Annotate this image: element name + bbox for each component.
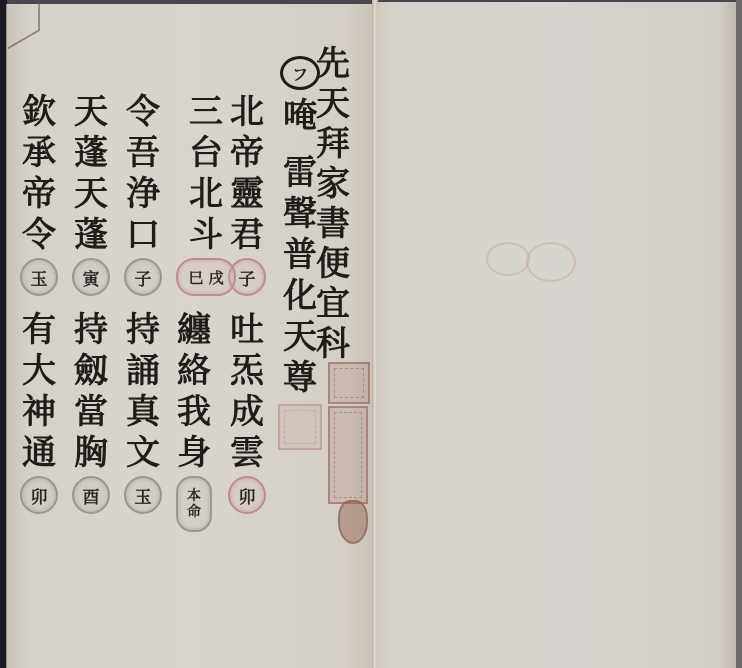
title-char: 科 — [316, 324, 350, 364]
text-char: 胸 — [74, 433, 108, 474]
text-char: 天 — [74, 92, 108, 133]
text-char: 欽 — [22, 92, 56, 133]
text-char: 唵 — [283, 96, 317, 137]
text-char: 絡 — [177, 351, 211, 392]
text-char: 浄 — [126, 174, 160, 215]
text-char: 蓬 — [74, 215, 108, 256]
verse-column-3-lower: 吐 炁 成 雲 卯 — [228, 310, 266, 514]
text-char: 天 — [283, 317, 317, 358]
text-char: 誦 — [126, 351, 160, 392]
text-char: 承 — [22, 133, 56, 174]
seal-stamp-tall — [328, 406, 368, 504]
manuscript-spread: 先 天 拜 家 書 便 宜 科 フ 唵 雷 聲 普 化 天 尊 北 帝 靈 君 … — [0, 0, 742, 668]
text-char: 持 — [74, 310, 108, 351]
text-char: 文 — [126, 433, 160, 474]
verse-column-5-upper: 令 吾 浄 口 子 — [124, 92, 162, 296]
verse-column-7-upper: 欽 承 帝 令 玉 — [20, 92, 58, 296]
text-char: 身 — [177, 433, 211, 474]
gray-circle-annotation: 本 命 — [176, 476, 212, 532]
text-char: 吐 — [230, 310, 264, 351]
verse-column-4-lower: 纏 絡 我 身 本 命 — [176, 310, 212, 532]
seal-stamp-faded — [278, 404, 322, 450]
title-char: 書 — [316, 204, 350, 244]
text-char: 成 — [230, 392, 264, 433]
seal-stamp-tail — [338, 500, 368, 544]
text-char: 帝 — [22, 174, 56, 215]
text-char: 蓬 — [74, 133, 108, 174]
red-circle-annotation: 卯 — [228, 476, 266, 514]
text-char: 通 — [22, 433, 56, 474]
gray-circle-annotation: 玉 — [124, 476, 162, 514]
bleed-stain — [486, 242, 530, 276]
text-char: 真 — [126, 392, 160, 433]
title-char: 拜 — [316, 124, 350, 164]
text-char: 三 — [189, 92, 223, 133]
text-char: 炁 — [230, 351, 264, 392]
text-char: 神 — [22, 392, 56, 433]
text-char: 吾 — [126, 133, 160, 174]
text-char: 有 — [22, 310, 56, 351]
text-char: 纏 — [177, 310, 211, 351]
text-char: 斗 — [189, 215, 223, 256]
text-char: 令 — [22, 215, 56, 256]
text-char: 台 — [189, 133, 223, 174]
right-page-blank — [376, 2, 736, 668]
text-char: 持 — [126, 310, 160, 351]
verse-column-6-lower: 持 劔 當 胸 酉 — [72, 310, 110, 514]
text-char: 北 — [189, 174, 223, 215]
text-char: 我 — [177, 392, 211, 433]
text-char: 當 — [74, 392, 108, 433]
gray-circle-annotation: 酉 — [72, 476, 110, 514]
circled-marker: フ — [280, 56, 320, 90]
annotation-char: 命 — [187, 504, 201, 520]
text-char: 化 — [283, 276, 317, 317]
gray-circle-annotation: 卯 — [20, 476, 58, 514]
right-edge — [736, 0, 742, 668]
text-char: 普 — [283, 235, 317, 276]
text-char: 尊 — [283, 358, 317, 399]
text-char: 口 — [126, 215, 160, 256]
annotation-char: 本 — [187, 488, 201, 504]
title-char: 便 — [316, 244, 350, 284]
text-char: 聲 — [283, 194, 317, 235]
invocation-column: フ 唵 雷 聲 普 化 天 尊 — [280, 50, 320, 399]
title-char: 天 — [316, 84, 350, 124]
text-char: 雲 — [230, 433, 264, 474]
gray-circle-annotation: 子 — [124, 258, 162, 296]
title-char: 宜 — [316, 284, 350, 324]
seal-stamp-square — [328, 362, 370, 404]
text-char: 令 — [126, 92, 160, 133]
text-char: 大 — [22, 351, 56, 392]
gray-circle-annotation: 玉 — [20, 258, 58, 296]
text-char: 雷 — [283, 153, 317, 194]
gray-circle-annotation: 寅 — [72, 258, 110, 296]
verse-column-7-lower: 有 大 神 通 卯 — [20, 310, 58, 514]
text-char: 天 — [74, 174, 108, 215]
verse-column-4-upper: 三 台 北 斗 巳 戌 — [176, 92, 236, 296]
text-char: 劔 — [74, 351, 108, 392]
bleed-stain — [526, 242, 576, 282]
title-column: 先 天 拜 家 書 便 宜 科 — [316, 44, 350, 364]
verse-column-5-lower: 持 誦 真 文 玉 — [124, 310, 162, 514]
title-char: 先 — [316, 44, 350, 84]
red-double-circle-annotation: 巳 戌 — [176, 258, 236, 296]
verse-column-6-upper: 天 蓬 天 蓬 寅 — [72, 92, 110, 296]
title-char: 家 — [316, 164, 350, 204]
